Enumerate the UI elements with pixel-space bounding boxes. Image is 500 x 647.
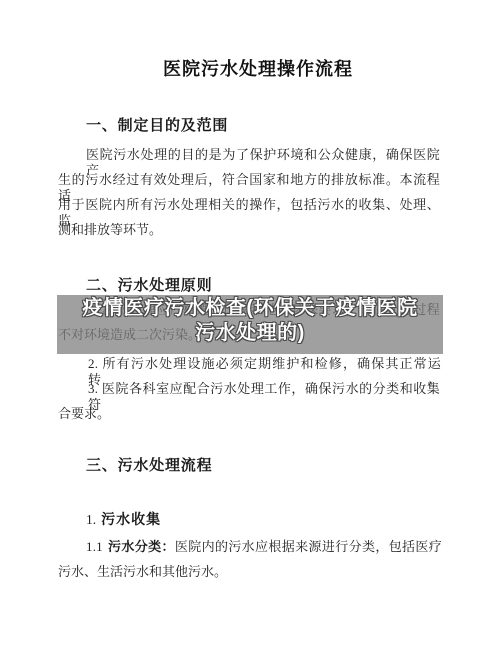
paragraph-line: 测和排放等环节。 bbox=[58, 222, 162, 238]
subsection-label: 污水分类： bbox=[108, 539, 175, 554]
document-page: 医院污水处理操作流程 一、制定目的及范围 医院污水处理的目的是为了保护环境和公众… bbox=[0, 0, 500, 647]
section-heading-3: 三、污水处理流程 bbox=[86, 457, 212, 474]
subsection-number: 1.1 bbox=[86, 539, 103, 554]
list-item-line: 合要求。 bbox=[58, 406, 110, 422]
section-heading-2: 二、污水处理原则 bbox=[86, 277, 212, 294]
subsection-title: 1.污水收集 bbox=[86, 511, 161, 528]
subsection-line: 污水、生活污水和其他污水。 bbox=[58, 564, 227, 580]
watermark-text-line2: 污水处理的) bbox=[195, 321, 305, 346]
list-item-line: 3. 医院各科室应配合污水处理工作，确保污水的分类和收集符 bbox=[88, 381, 440, 413]
watermark-overlay: 疫情医疗污水检查(环保关于疫情医院 污水处理的) bbox=[57, 295, 443, 354]
subsection-label: 污水收集 bbox=[101, 511, 161, 527]
page-title: 医院污水处理操作流程 bbox=[0, 57, 500, 81]
watermark-text-line1: 疫情医疗污水检查(环保关于疫情医院 bbox=[82, 296, 417, 321]
subsection-line: 1.1污水分类：医院内的污水应根据来源进行分类，包括医疗 bbox=[86, 539, 442, 555]
subsection-text: 医院内的污水应根据来源进行分类，包括医疗 bbox=[175, 539, 442, 554]
subsection-number: 1. bbox=[86, 512, 96, 527]
section-heading-1: 一、制定目的及范围 bbox=[86, 117, 228, 134]
